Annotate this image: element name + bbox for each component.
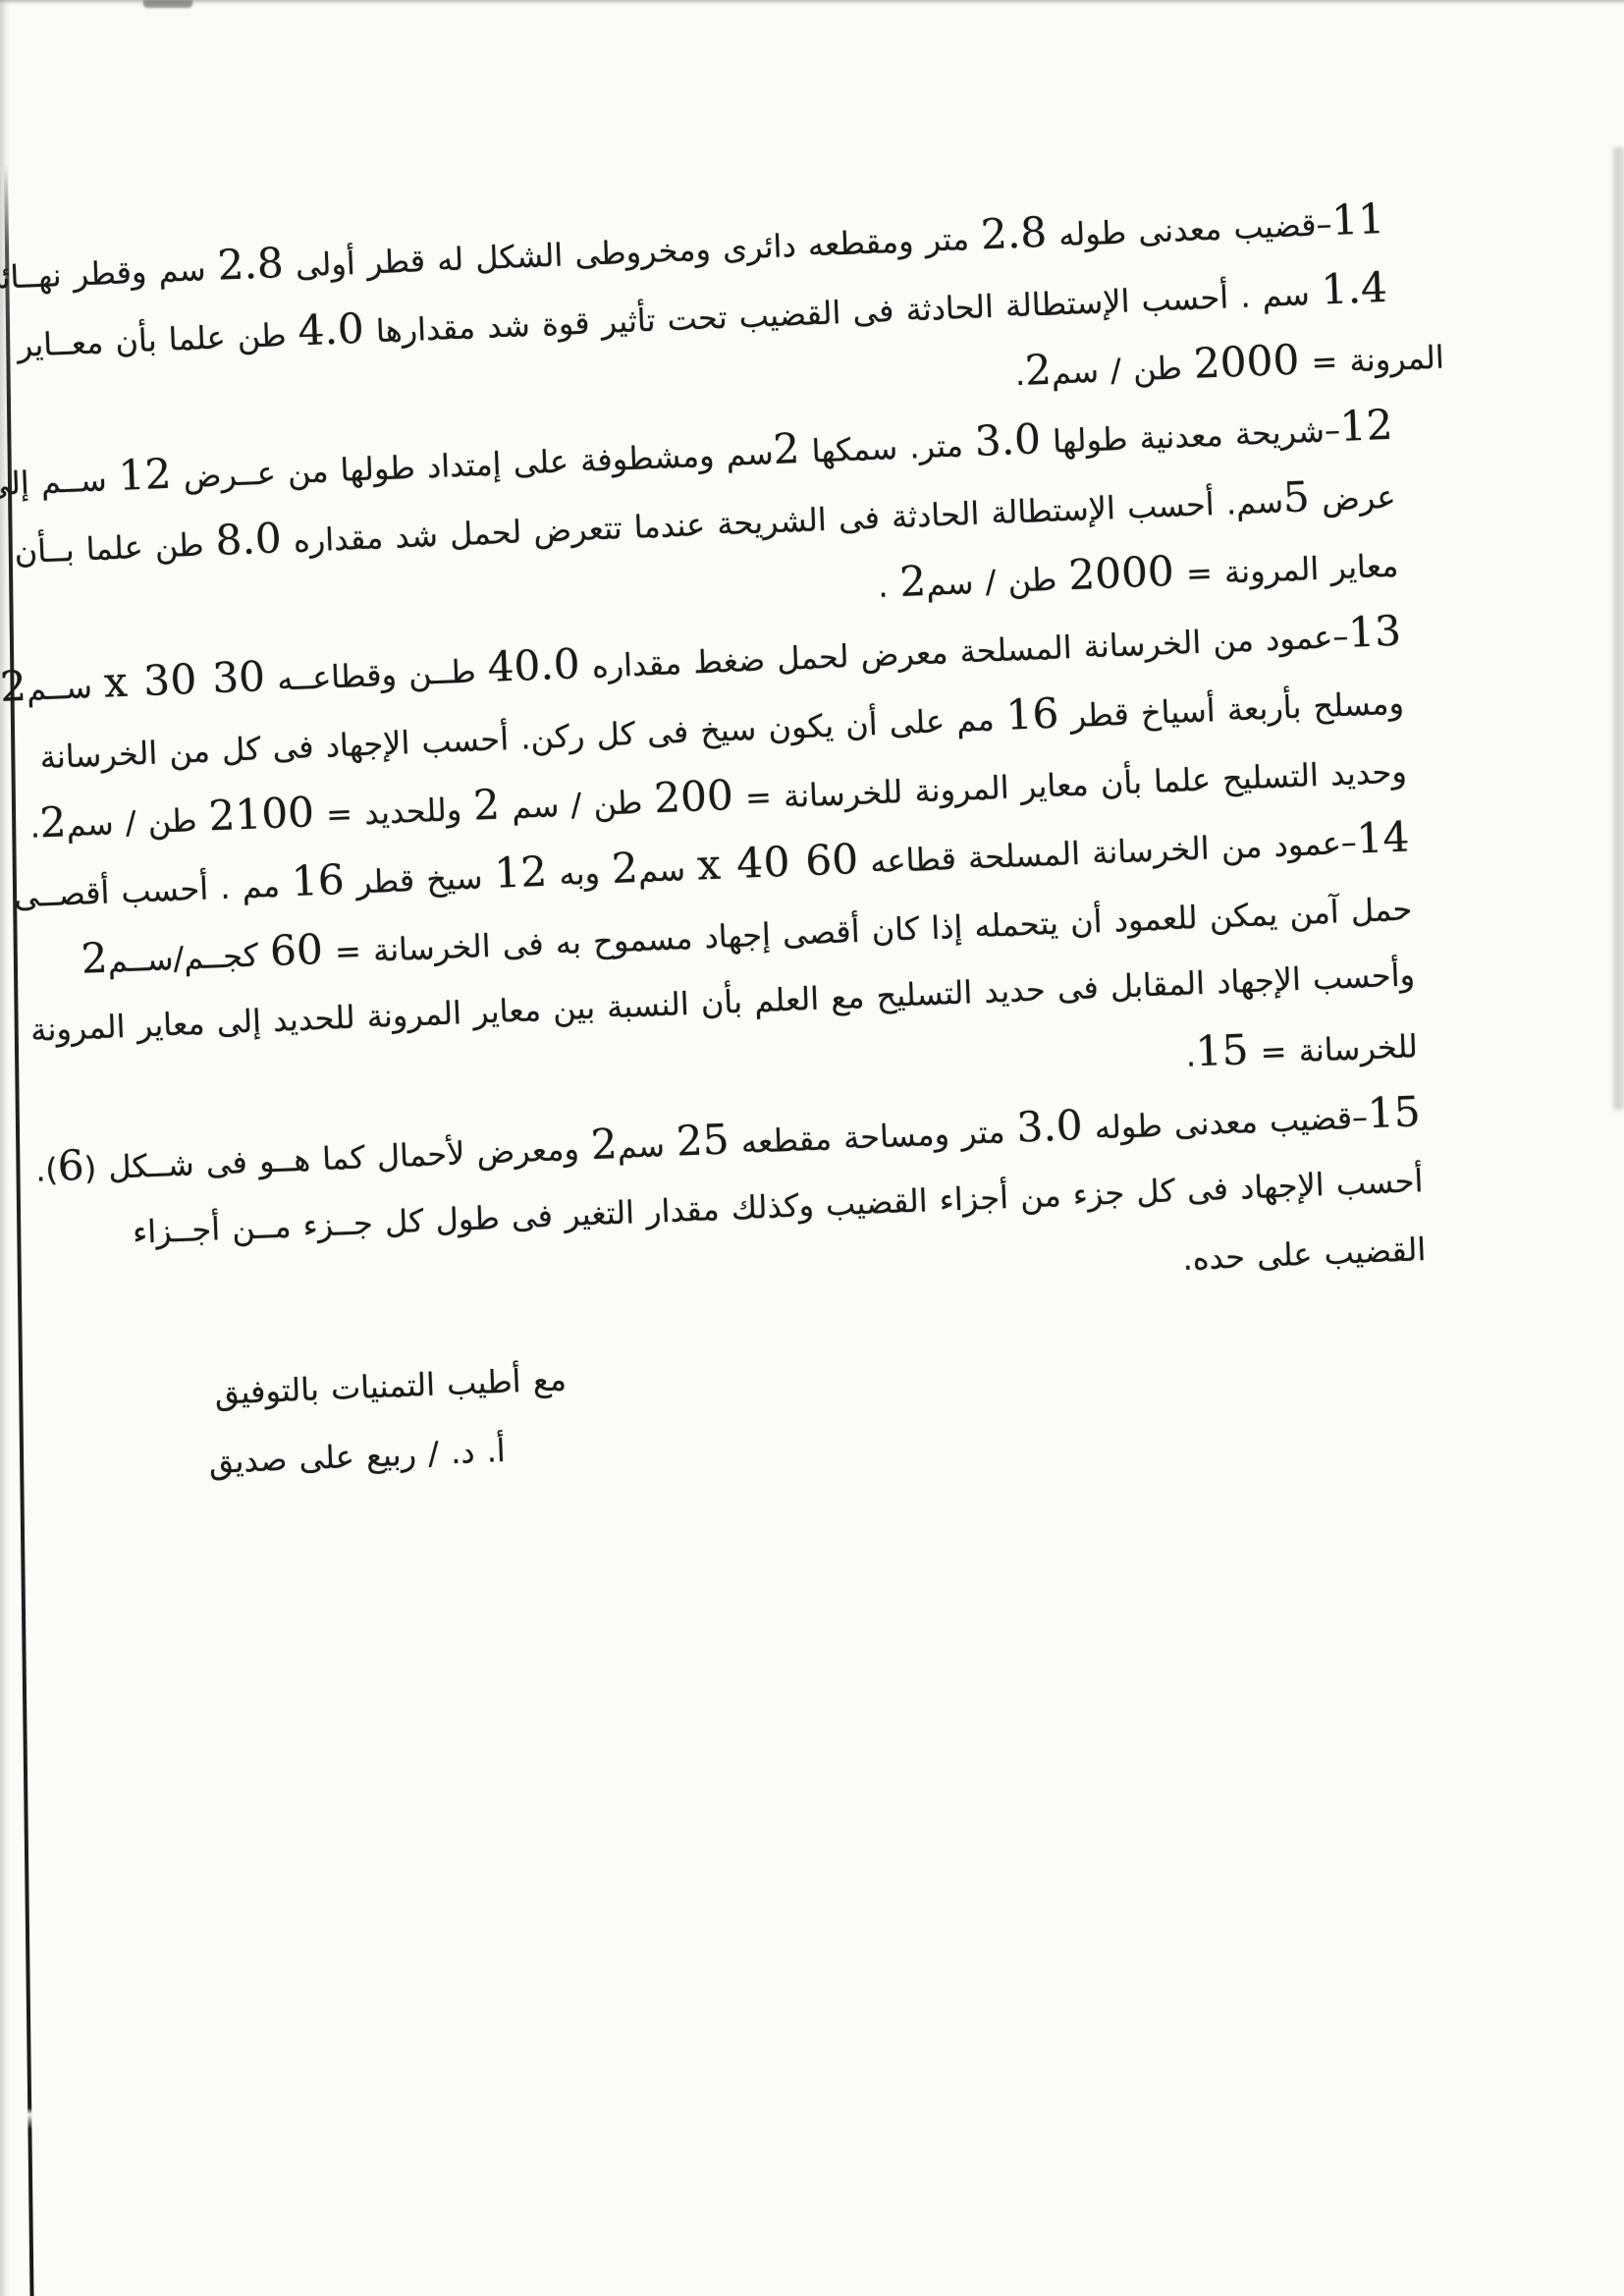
scan-top-edge — [0, 0, 1624, 6]
document-text: 11–قضيب معدنى طوله 2.8 متر ومقطعه دائرى … — [34, 185, 1435, 1502]
scan-top-smudge — [143, 0, 192, 8]
scan-right-edge-shadow — [1613, 147, 1624, 1110]
closing-block: مع أطيب التمنيات بالتوفيق أ. د. / ربيع ع… — [80, 1344, 570, 1502]
problem-14: 14–عمود من الخرسانة المسلحة قطاعه 60 x 4… — [59, 802, 1419, 1131]
